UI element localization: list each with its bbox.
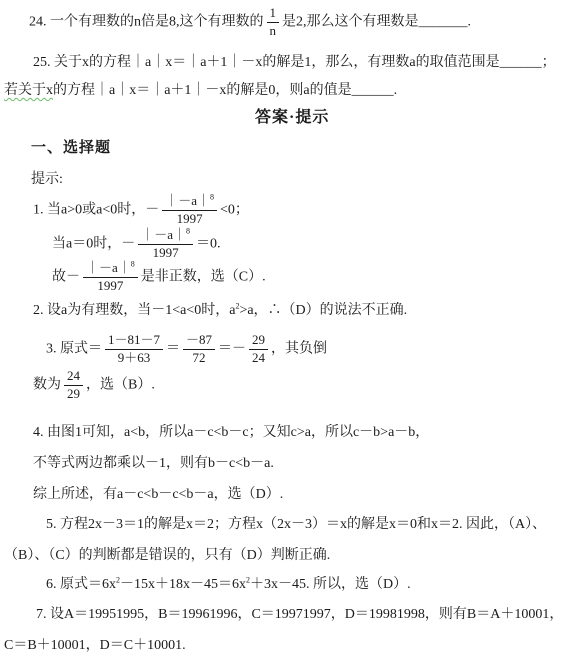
section-heading-text: 一、选择题 [31, 140, 111, 156]
solution-5-text: （B）、（C）的判断都是错误的，只有（D）判断正确. [4, 548, 330, 563]
fraction-denominator: 1997 [162, 211, 217, 227]
fraction-denominator: 1997 [138, 245, 193, 261]
hint-label-text: 提示: [31, 172, 63, 187]
exponent: 8 [210, 193, 214, 202]
solution-7-text: 7. 设A＝19951995，B＝19961996，C＝19971997，D＝1… [36, 607, 563, 622]
solution-1-text-pre: 当a＝0时，－ [52, 237, 135, 252]
solution-1-line-1: 1. 当a>0或a<0时，－｜－a｜81997<0； [33, 194, 249, 227]
solution-1-text-pre: 1. 当a>0或a<0时，－ [33, 203, 159, 218]
equals-minus-sign: ＝－ [218, 342, 246, 357]
solution-3-text-pre: 数为 [33, 378, 61, 393]
solution-2: 2. 设a为有理数，当－1<a<0时，a2>a，∴（D）的说法不正确. [33, 302, 407, 320]
question-25-line-1: 25. 关于x的方程｜a｜x＝｜a＋1｜－x的解是1，那么，有理数a的取值范围是… [33, 54, 556, 72]
solution-4-line-2: 不等式两边都乘以－1，则有b－c<b－a. [33, 455, 274, 473]
solution-6: 6. 原式＝6x2－15x＋18x－45＝6x2＋3x－45. 所以，选（D）. [46, 576, 411, 594]
fraction-denominator: 24 [249, 350, 268, 366]
solution-1-text-pre: 故－ [52, 270, 80, 285]
hint-label: 提示: [31, 171, 63, 189]
fraction-numerator: ｜－a｜8 [162, 194, 217, 211]
fraction-24-over-29: 2429 [64, 369, 83, 402]
solution-4-line-3: 综上所述，有a－c<b－c<b－a，选（D）. [33, 486, 283, 504]
equals-sign: ＝ [166, 342, 180, 357]
solution-3-text-pre: 3. 原式＝ [46, 342, 102, 357]
fraction-abs-a-over-1997: ｜－a｜81997 [162, 194, 217, 227]
solution-2-text-pre: 2. 设a为有理数，当－1<a<0时，a [33, 303, 235, 318]
question-24-text-post: 是2,那么这个有理数是_______. [282, 15, 471, 30]
fraction-denominator: 9＋63 [105, 350, 163, 366]
fraction-numerator: －87 [183, 333, 215, 350]
abs-value-base: ｜－a｜ [165, 193, 210, 208]
solution-1-text-post: <0； [220, 203, 249, 218]
question-25-line-2: 若关于x的方程｜a｜x＝｜a＋1｜－x的解是0，则a的值是______. [4, 82, 397, 100]
solution-5-text: 5. 方程2x－3＝1的解是x＝2；方程x（2x－3）＝x的解是x＝0和x＝2.… [46, 517, 546, 532]
fraction-1-over-n: 1n [267, 6, 280, 39]
fraction-abs-a-over-1997: ｜－a｜81997 [83, 261, 138, 294]
fraction-denominator: 1997 [83, 278, 138, 294]
solution-2-text-post: >a，∴（D）的说法不正确. [239, 303, 407, 318]
solution-3-line-1: 3. 原式＝1－81－79＋63＝－8772＝－2924，其负倒 [46, 333, 327, 366]
solution-4-text: 4. 由图1可知，a<b，所以a－c<b－c；又知c>a，所以c－b>a－b， [33, 425, 429, 440]
solution-7-text: C＝B＋10001，D＝C＋10001. [4, 638, 186, 653]
solution-3-text-post: ，选（B）. [86, 378, 155, 393]
question-25-text-rest: 的方程｜a｜x＝｜a＋1｜－x的解是0，则a的值是______. [53, 83, 397, 98]
solution-6-text-p1: 6. 原式＝6x [46, 577, 116, 592]
solution-5-line-2: （B）、（C）的判断都是错误的，只有（D）判断正确. [4, 547, 330, 565]
solution-1-line-2: 当a＝0时，－｜－a｜81997＝0. [52, 228, 221, 261]
answers-title: 答案·提示 [255, 108, 329, 128]
fraction-denominator: 29 [64, 386, 83, 402]
solution-6-text-p2: －15x＋18x－45＝6x [120, 577, 246, 592]
solution-3-line-2: 数为2429，选（B）. [33, 369, 155, 402]
fraction-abs-a-over-1997: ｜－a｜81997 [138, 228, 193, 261]
spellcheck-marked-text: 若关于x [4, 83, 53, 98]
solution-1-line-3: 故－｜－a｜81997是非正数，选（C）. [52, 261, 266, 294]
fraction-numerator: ｜－a｜8 [138, 228, 193, 245]
solution-6-text-p3: ＋3x－45. 所以，选（D）. [250, 577, 411, 592]
fraction-numerator: 1－81－7 [105, 333, 163, 350]
fraction-denominator: 72 [183, 350, 215, 366]
document-page: 24. 一个有理数的n倍是8,这个有理数的1n是2,那么这个有理数是______… [0, 0, 569, 659]
solution-3-text-post: ，其负倒 [271, 342, 327, 357]
fraction-numerator: 29 [249, 333, 268, 350]
fraction-denominator: n [267, 23, 280, 39]
answers-title-text: 答案·提示 [255, 109, 329, 126]
exponent: 8 [131, 260, 135, 269]
solution-1-text-post: 是非正数，选（C）. [141, 270, 266, 285]
section-heading-choice: 一、选择题 [31, 139, 111, 158]
solution-4-text: 不等式两边都乘以－1，则有b－c<b－a. [33, 456, 274, 471]
solution-4-text: 综上所述，有a－c<b－c<b－a，选（D）. [33, 487, 283, 502]
solution-1-text-post: ＝0. [196, 237, 221, 252]
solution-4-line-1: 4. 由图1可知，a<b，所以a－c<b－c；又知c>a，所以c－b>a－b， [33, 424, 429, 442]
solution-5-line-1: 5. 方程2x－3＝1的解是x＝2；方程x（2x－3）＝x的解是x＝0和x＝2.… [46, 516, 546, 534]
solution-7-line-1: 7. 设A＝19951995，B＝19961996，C＝19971997，D＝1… [36, 606, 563, 624]
abs-value-base: ｜－a｜ [86, 260, 131, 275]
fraction-numerator: ｜－a｜8 [83, 261, 138, 278]
fraction-numerator: 24 [64, 369, 83, 386]
fraction-numerator: 1 [267, 6, 280, 23]
exponent: 8 [186, 227, 190, 236]
fraction-neg87-over-72: －8772 [183, 333, 215, 366]
solution-7-line-2: C＝B＋10001，D＝C＋10001. [4, 637, 186, 655]
question-24-text-pre: 24. 一个有理数的n倍是8,这个有理数的 [29, 15, 264, 30]
fraction-expression: 1－81－79＋63 [105, 333, 163, 366]
abs-value-base: ｜－a｜ [141, 227, 186, 242]
question-24: 24. 一个有理数的n倍是8,这个有理数的1n是2,那么这个有理数是______… [29, 6, 471, 39]
fraction-29-over-24: 2924 [249, 333, 268, 366]
question-25-text: 25. 关于x的方程｜a｜x＝｜a＋1｜－x的解是1，那么，有理数a的取值范围是… [33, 55, 556, 70]
